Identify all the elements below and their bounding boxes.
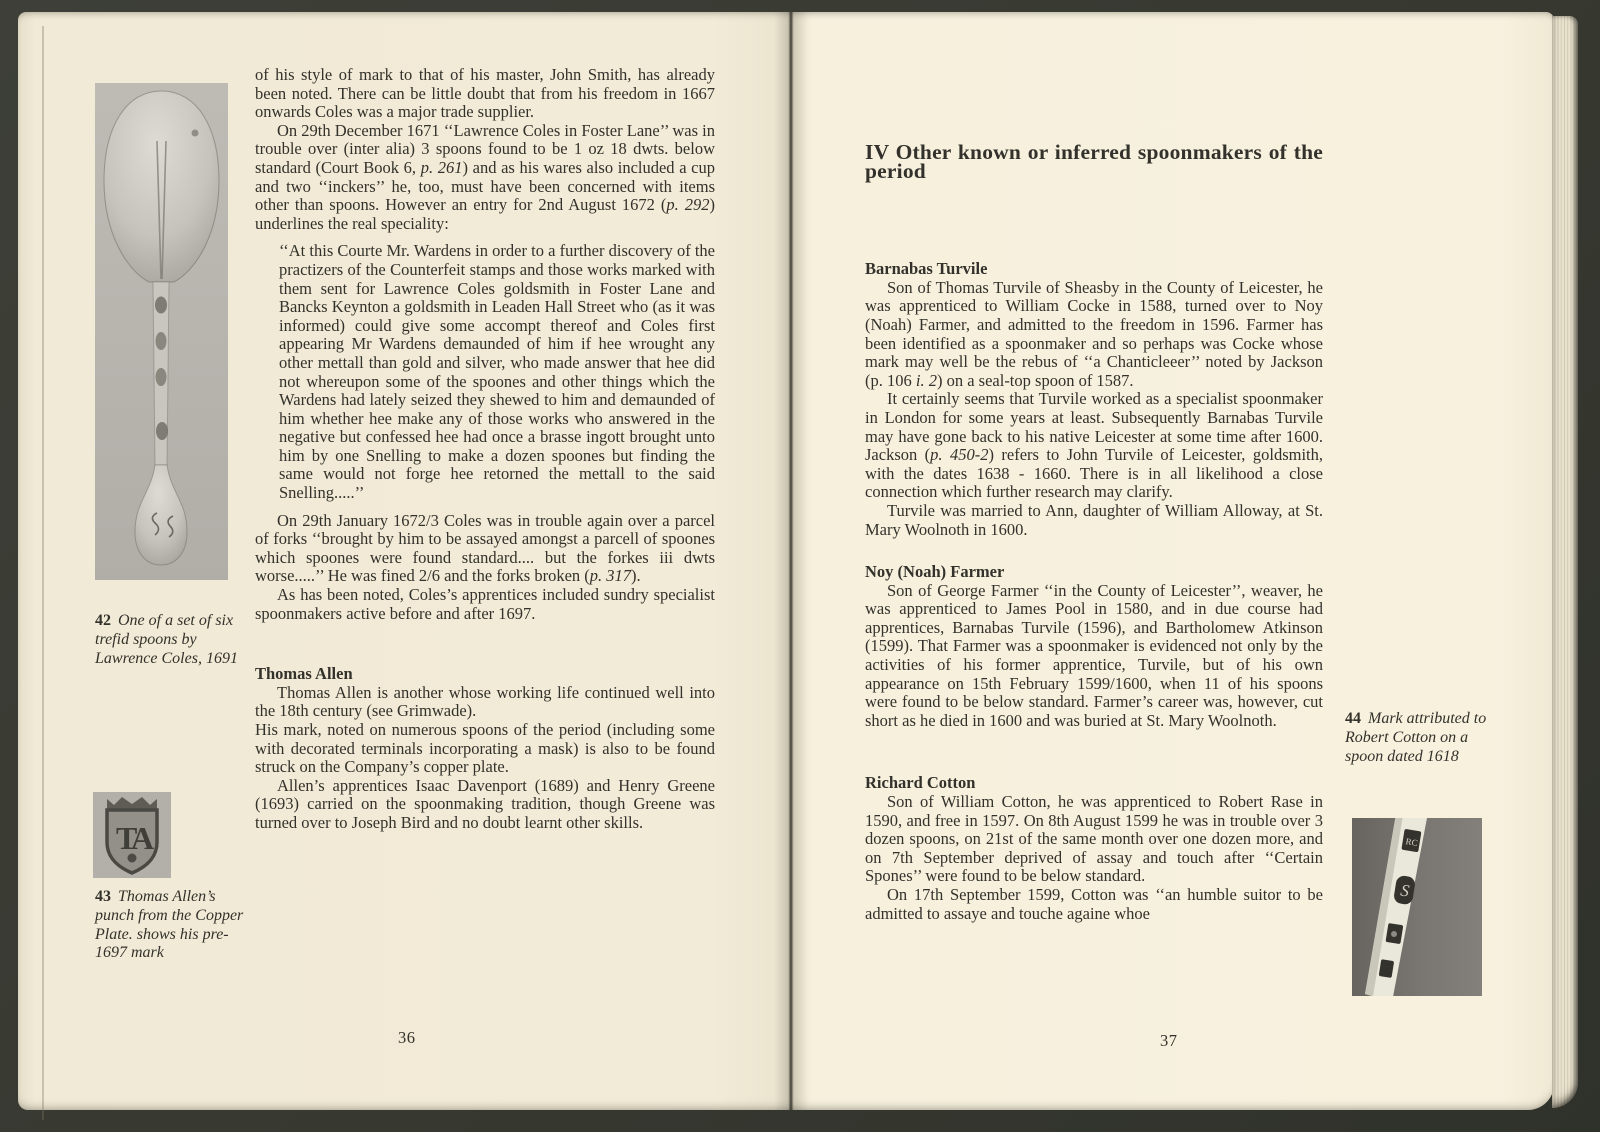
- spoon-stem-marks-image: RC S: [1352, 818, 1482, 996]
- figure-number: 44: [1345, 710, 1361, 727]
- body-paragraph: Son of George Farmer ‘‘in the County of …: [865, 582, 1323, 731]
- right-page-text-column: IV Other known or inferred spoonmakers o…: [865, 143, 1323, 923]
- svg-text:RC: RC: [1405, 836, 1418, 848]
- figure-43-caption: 43Thomas Allen’s punch from the Copper P…: [95, 888, 255, 963]
- block-quote: ‘‘At this Courte Mr. Wardens in order to…: [279, 242, 715, 502]
- svg-text:TA: TA: [116, 820, 154, 856]
- TA-shield-punch-image: TA: [93, 792, 171, 878]
- book-gutter: [774, 12, 808, 1110]
- section-heading-noy-farmer: Noy (Noah) Farmer: [865, 563, 1323, 582]
- page-stack-fore-edge: [1552, 16, 1578, 1108]
- figure-44-mark-photo: RC S: [1352, 818, 1482, 996]
- figure-44-caption: 44Mark attributed to Robert Cotton on a …: [1345, 710, 1493, 766]
- body-paragraph: His mark, noted on numerous spoons of th…: [255, 721, 715, 777]
- body-paragraph: Thomas Allen is another whose working li…: [255, 684, 715, 721]
- figure-number: 42: [95, 612, 111, 629]
- page-number-right: 37: [1160, 1031, 1178, 1051]
- body-paragraph: Son of William Cotton, he was apprentice…: [865, 793, 1323, 886]
- page-edge-line: [42, 26, 44, 1120]
- body-paragraph: Allen’s apprentices Isaac Davenport (168…: [255, 777, 715, 833]
- figure-43-punch-photo: TA: [93, 792, 171, 878]
- figure-42-spoon-photo: [95, 83, 228, 580]
- section-heading-richard-cotton: Richard Cotton: [865, 774, 1323, 793]
- body-paragraph: of his style of mark to that of his mast…: [255, 66, 715, 122]
- page-number-left: 36: [398, 1028, 416, 1048]
- body-paragraph: On 29th December 1671 ‘‘Lawrence Coles i…: [255, 122, 715, 234]
- figure-caption-text: One of a set of six trefid spoons by Law…: [95, 612, 238, 667]
- body-paragraph: On 29th January 1672/3 Coles was in trou…: [255, 512, 715, 586]
- figure-42-caption: 42One of a set of six trefid spoons by L…: [95, 612, 247, 668]
- section-heading-thomas-allen: Thomas Allen: [255, 665, 715, 684]
- body-paragraph: It certainly seems that Turvile worked a…: [865, 390, 1323, 502]
- body-paragraph: As has been noted, Coles’s apprentices i…: [255, 586, 715, 623]
- section-heading-barnabas-turvile: Barnabas Turvile: [865, 260, 1323, 279]
- figure-caption-text: Thomas Allen’s punch from the Copper Pla…: [95, 888, 243, 961]
- figure-number: 43: [95, 888, 111, 905]
- trefid-spoon-image: [95, 83, 228, 580]
- body-paragraph: Son of Thomas Turvile of Sheasby in the …: [865, 279, 1323, 391]
- body-paragraph: Turvile was married to Ann, daughter of …: [865, 502, 1323, 539]
- figure-caption-text: Mark attributed to Robert Cotton on a sp…: [1345, 710, 1486, 765]
- left-page-text-column: of his style of mark to that of his mast…: [255, 66, 715, 833]
- chapter-heading: IV Other known or inferred spoonmakers o…: [865, 143, 1323, 180]
- body-paragraph: On 17th September 1599, Cotton was ‘‘an …: [865, 886, 1323, 923]
